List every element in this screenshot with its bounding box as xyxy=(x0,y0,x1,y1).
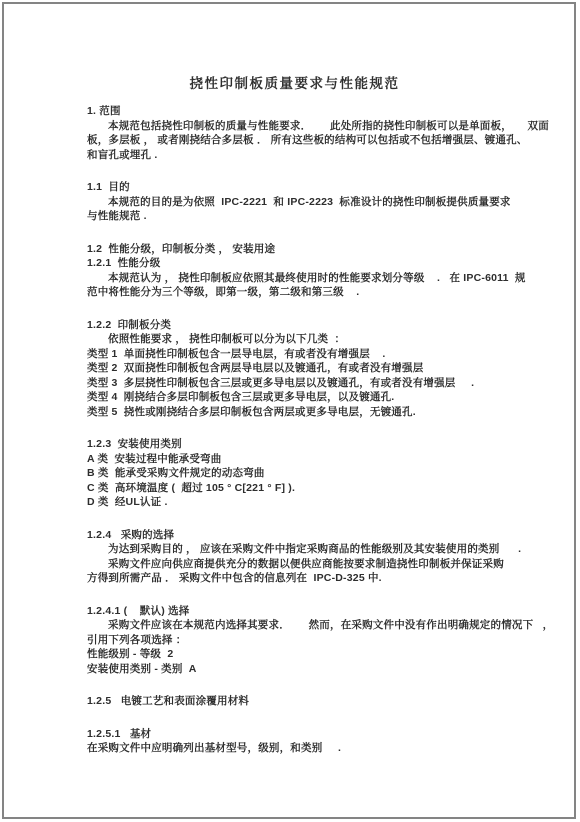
body-line: 引用下列各项选择 ： xyxy=(87,633,527,648)
body-line: 方得到所需产品 ． 采购文件中包含的信息列在 IPC-D-325 中. xyxy=(87,571,527,586)
section-heading: 1.2.5 电镀工艺和表面涂覆用材料 xyxy=(87,694,527,709)
body-line: 类型 3 多层挠性印制板包含三层或更多导电层以及镀通孔，有或者没有增强层 . xyxy=(87,376,527,391)
body-line: 与性能规范 . xyxy=(87,209,527,224)
body-line: 在采购文件中应明确列出基材型号，级别，和类别 . xyxy=(87,741,527,756)
body-line: 采购文件应向供应商提供充分的数据以便供应商能按要求制造挠性印制板并保证采购 xyxy=(87,557,527,572)
section-heading: 1.2.5.1 基材 xyxy=(87,727,527,742)
body-line: 本规范的目的是为依照 IPC-2221 和 IPC-2223 标准设计的挠性印制… xyxy=(87,195,527,210)
section-heading: 1.1 目的 xyxy=(87,180,527,195)
body-line: 和盲孔或埋孔 . xyxy=(87,148,527,163)
body-line: 板，多层板 ， 或者刚挠结合多层板 ． 所有这些板的结构可以包括或不包括增强层、… xyxy=(87,133,527,148)
body-line: 为达到采购目的 ， 应该在采购文件中指定采购商品的性能级别及其安装使用的类别 . xyxy=(87,542,527,557)
body-line: C 类 高环境温度 ( 超过 105 ° C[221 ° F] ). xyxy=(87,481,527,496)
document-viewport: 挠性印制板质量要求与性能规范1. 范围本规范包括挠性印制板的质量与性能要求． 此… xyxy=(0,0,580,822)
body-line: 采购文件应该在本规范内选择其要求． 然而，在采购文件中没有作出明确规定的情况下 … xyxy=(87,618,527,633)
section-heading: 1.2.1 性能分级 xyxy=(87,256,527,271)
body-line: 类型 4 刚挠结合多层印制板包含三层或更多导电层，以及镀通孔. xyxy=(87,390,527,405)
section-heading: 1.2.3 安装使用类别 xyxy=(87,437,527,452)
section-heading: 1.2.4.1 ( 默认) 选择 xyxy=(87,604,527,619)
body-line: 类型 2 双面挠性印制板包含两层导电层以及镀通孔，有或者没有增强层 xyxy=(87,361,527,376)
body-line: 安装使用类别 - 类别 A xyxy=(87,662,527,677)
body-line: 范中将性能分为三个等级，即第一级，第二级和第三级 . xyxy=(87,285,527,300)
body-line: 本规范认为 ， 挠性印制板应依照其最终使用时的性能要求划分等级 . 在 IPC-… xyxy=(87,271,527,286)
body-line: 类型 1 单面挠性印制板包含一层导电层，有或者没有增强层 . xyxy=(87,347,527,362)
document-title: 挠性印制板质量要求与性能规范 xyxy=(87,74,527,94)
body-line: B 类 能承受采购文件规定的动态弯曲 xyxy=(87,466,527,481)
body-line: 依照性能要求 ， 挠性印制板可以分为以下几类 ： xyxy=(87,332,527,347)
body-line: 本规范包括挠性印制板的质量与性能要求． 此处所指的挠性印制板可以是单面板， 双面 xyxy=(87,119,527,134)
section-heading: 1.2 性能分级，印制板分类 ， 安装用途 xyxy=(87,242,527,257)
body-line: D 类 经UL认证 . xyxy=(87,495,527,510)
document-body: 挠性印制板质量要求与性能规范1. 范围本规范包括挠性印制板的质量与性能要求． 此… xyxy=(87,74,527,756)
document-page: 挠性印制板质量要求与性能规范1. 范围本规范包括挠性印制板的质量与性能要求． 此… xyxy=(2,2,576,819)
section-heading: 1.2.2 印制板分类 xyxy=(87,318,527,333)
section-heading: 1. 范围 xyxy=(87,104,527,119)
body-line: 性能级别 - 等级 2 xyxy=(87,647,527,662)
body-line: 类型 5 挠性或刚挠结合多层印制板包含两层或更多导电层，无镀通孔. xyxy=(87,405,527,420)
section-heading: 1.2.4 采购的选择 xyxy=(87,528,527,543)
body-line: A 类 安装过程中能承受弯曲 xyxy=(87,452,527,467)
